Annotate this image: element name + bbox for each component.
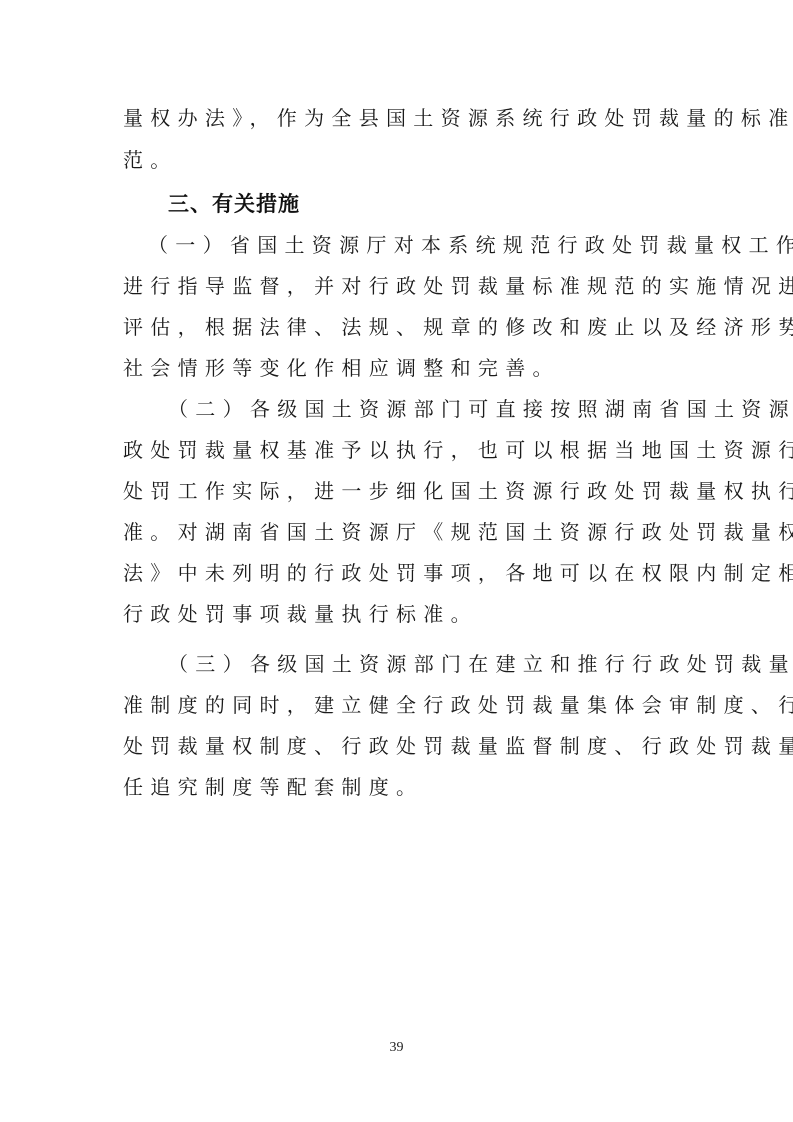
paragraph-3-start: （三）各级国土资源部门在建立和推行行政处罚裁量标: [168, 644, 793, 685]
paragraph-2-start: （二）各级国土资源部门可直接按照湖南省国土资源行: [168, 389, 793, 430]
text-line: 社会情形等变化作相应调整和完善。: [123, 348, 560, 389]
text-line: 行政处罚事项裁量执行标准。: [123, 594, 478, 635]
text-line: 处罚裁量权制度、行政处罚裁量监督制度、行政处罚裁量责: [123, 726, 793, 767]
text-line: 量权办法》，作为全县国土资源系统行政处罚裁量的标准规: [123, 98, 793, 139]
text-line: 范。: [123, 140, 178, 181]
text-line: 评估，根据法律、法规、规章的修改和废止以及经济形势、: [123, 307, 793, 348]
text-line: 任追究制度等配套制度。: [123, 767, 423, 808]
text-line: 准制度的同时，建立健全行政处罚裁量集体会审制度、行政: [123, 685, 793, 726]
text-line: 处罚工作实际，进一步细化国土资源行政处罚裁量权执行标: [123, 471, 793, 512]
text-line: 法》中未列明的行政处罚事项，各地可以在权限内制定相关: [123, 553, 793, 594]
text-line: 准。对湖南省国土资源厅《规范国土资源行政处罚裁量权办: [123, 512, 793, 553]
section-heading: 三、有关措施: [168, 184, 300, 225]
page-number: 39: [0, 1040, 793, 1056]
text-line: 政处罚裁量权基准予以执行，也可以根据当地国土资源行政: [123, 430, 793, 471]
paragraph-1-start: （一）省国土资源厅对本系统规范行政处罚裁量权工作: [148, 225, 793, 266]
text-line: 进行指导监督，并对行政处罚裁量标准规范的实施情况进行: [123, 266, 793, 307]
document-page: 量权办法》，作为全县国土资源系统行政处罚裁量的标准规 范。 三、有关措施 （一）…: [0, 0, 793, 1122]
